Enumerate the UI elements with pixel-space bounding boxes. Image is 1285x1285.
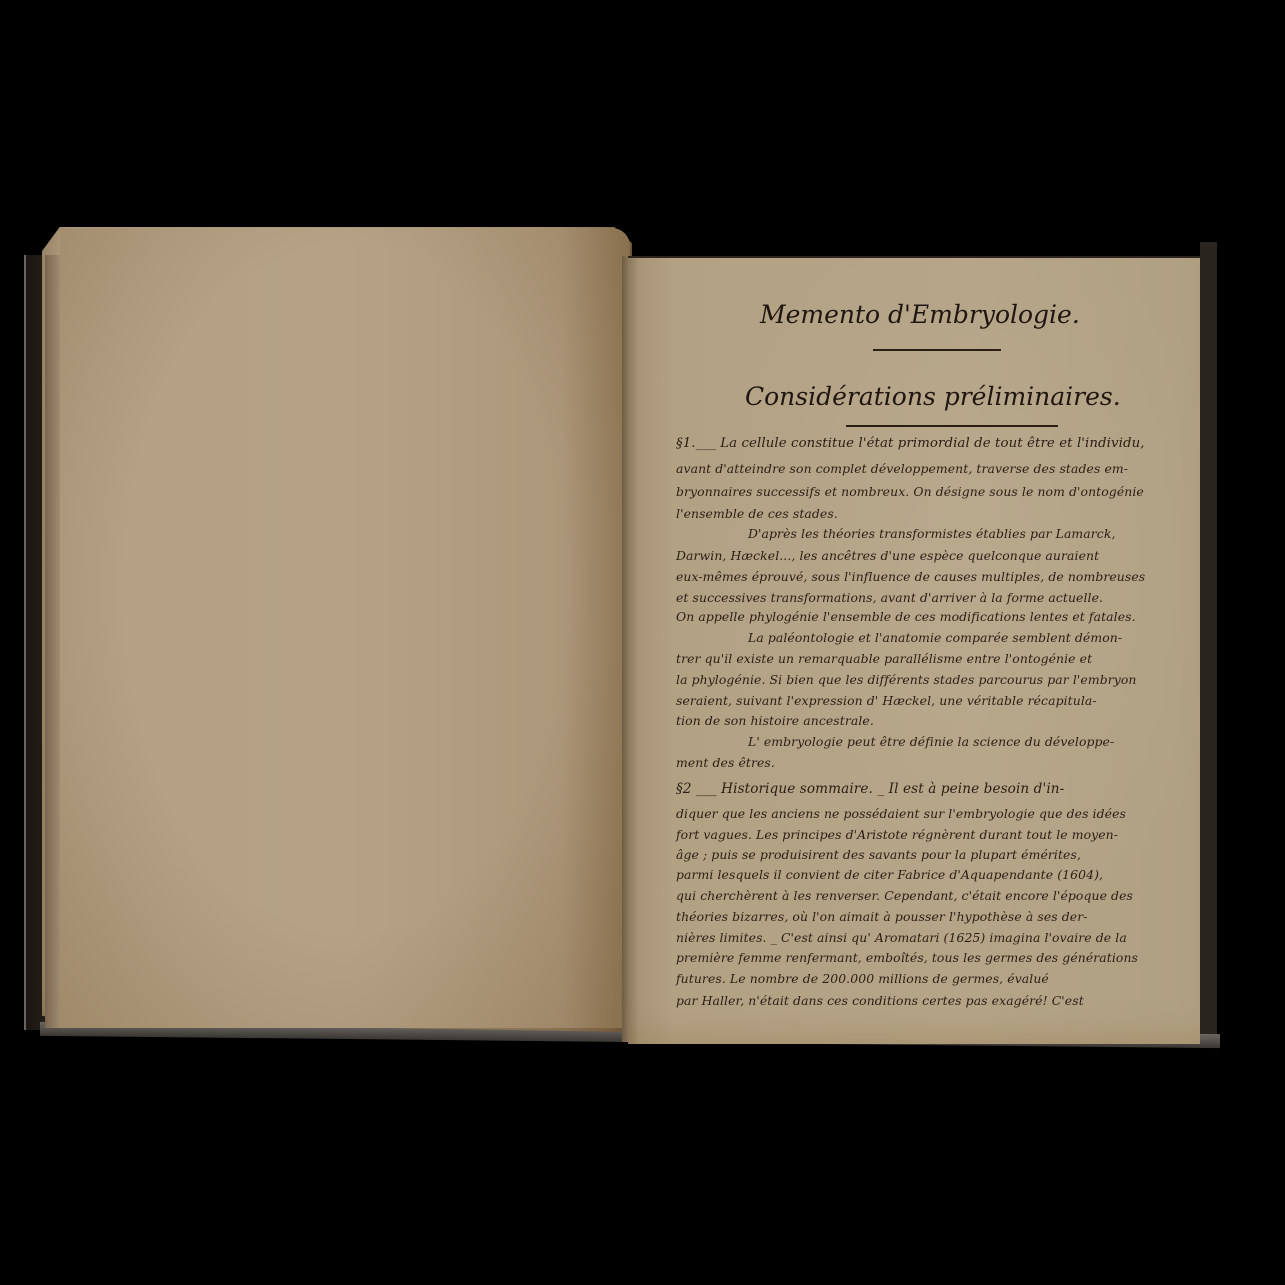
text-line: théories bizarres, où l'on aimait à pous… bbox=[676, 909, 1088, 924]
section-heading: §2 ___ Historique sommaire. _ Il est à p… bbox=[676, 781, 1064, 797]
text-line: futures. Le nombre de 200.000 millions d… bbox=[676, 971, 1049, 986]
text-line: qui cherchèrent à les renverser. Cependa… bbox=[676, 888, 1133, 903]
text-line: avant d'atteindre son complet développem… bbox=[676, 461, 1128, 476]
flyleaf-edge bbox=[45, 255, 61, 1028]
text-line: âge ; puis se produisirent des savants p… bbox=[676, 847, 1081, 862]
text-line: seraient, suivant l'expression d' Hæckel… bbox=[676, 693, 1097, 708]
subtitle-underline bbox=[846, 425, 1058, 427]
text-line: trer qu'il existe un remarquable parallé… bbox=[676, 651, 1092, 666]
text-line: première femme renfermant, emboîtés, tou… bbox=[676, 950, 1138, 965]
text-line: ment des êtres. bbox=[676, 755, 775, 770]
text-line: tion de son histoire ancestrale. bbox=[676, 713, 874, 728]
text-line: La paléontologie et l'anatomie comparée … bbox=[748, 630, 1122, 645]
book-cover-right-edge bbox=[1200, 242, 1217, 1042]
text-line: Darwin, Hæckel..., les ancêtres d'une es… bbox=[676, 548, 1099, 563]
text-line: D'après les théories transformistes étab… bbox=[748, 526, 1115, 541]
section-subtitle: Considérations préliminaires. bbox=[745, 382, 1121, 411]
text-line: l'ensemble de ces stades. bbox=[676, 506, 838, 521]
text-line: eux-mêmes éprouvé, sous l'influence de c… bbox=[676, 569, 1145, 584]
text-line: §1.___ La cellule constitue l'état primo… bbox=[676, 436, 1145, 451]
text-line: bryonnaires successifs et nombreux. On d… bbox=[676, 484, 1144, 499]
text-line: On appelle phylogénie l'ensemble de ces … bbox=[676, 609, 1136, 624]
text-line: nières limites. _ C'est ainsi qu' Aromat… bbox=[676, 930, 1127, 945]
text-line: fort vagues. Les principes d'Aristote ré… bbox=[676, 827, 1118, 842]
page-title: Memento d'Embryologie. bbox=[760, 300, 1080, 329]
left-page-blank bbox=[60, 228, 630, 1028]
text-line: et successives transformations, avant d'… bbox=[676, 590, 1103, 605]
text-line: L' embryologie peut être définie la scie… bbox=[748, 734, 1114, 749]
title-underline bbox=[873, 349, 1001, 351]
text-line: la phylogénie. Si bien que les différent… bbox=[676, 672, 1137, 687]
text-line: par Haller, n'était dans ces conditions … bbox=[676, 993, 1084, 1008]
text-line: parmi lesquels il convient de citer Fabr… bbox=[676, 867, 1103, 882]
right-page bbox=[628, 256, 1200, 1044]
text-line: diquer que les anciens ne possédaient su… bbox=[676, 806, 1126, 821]
